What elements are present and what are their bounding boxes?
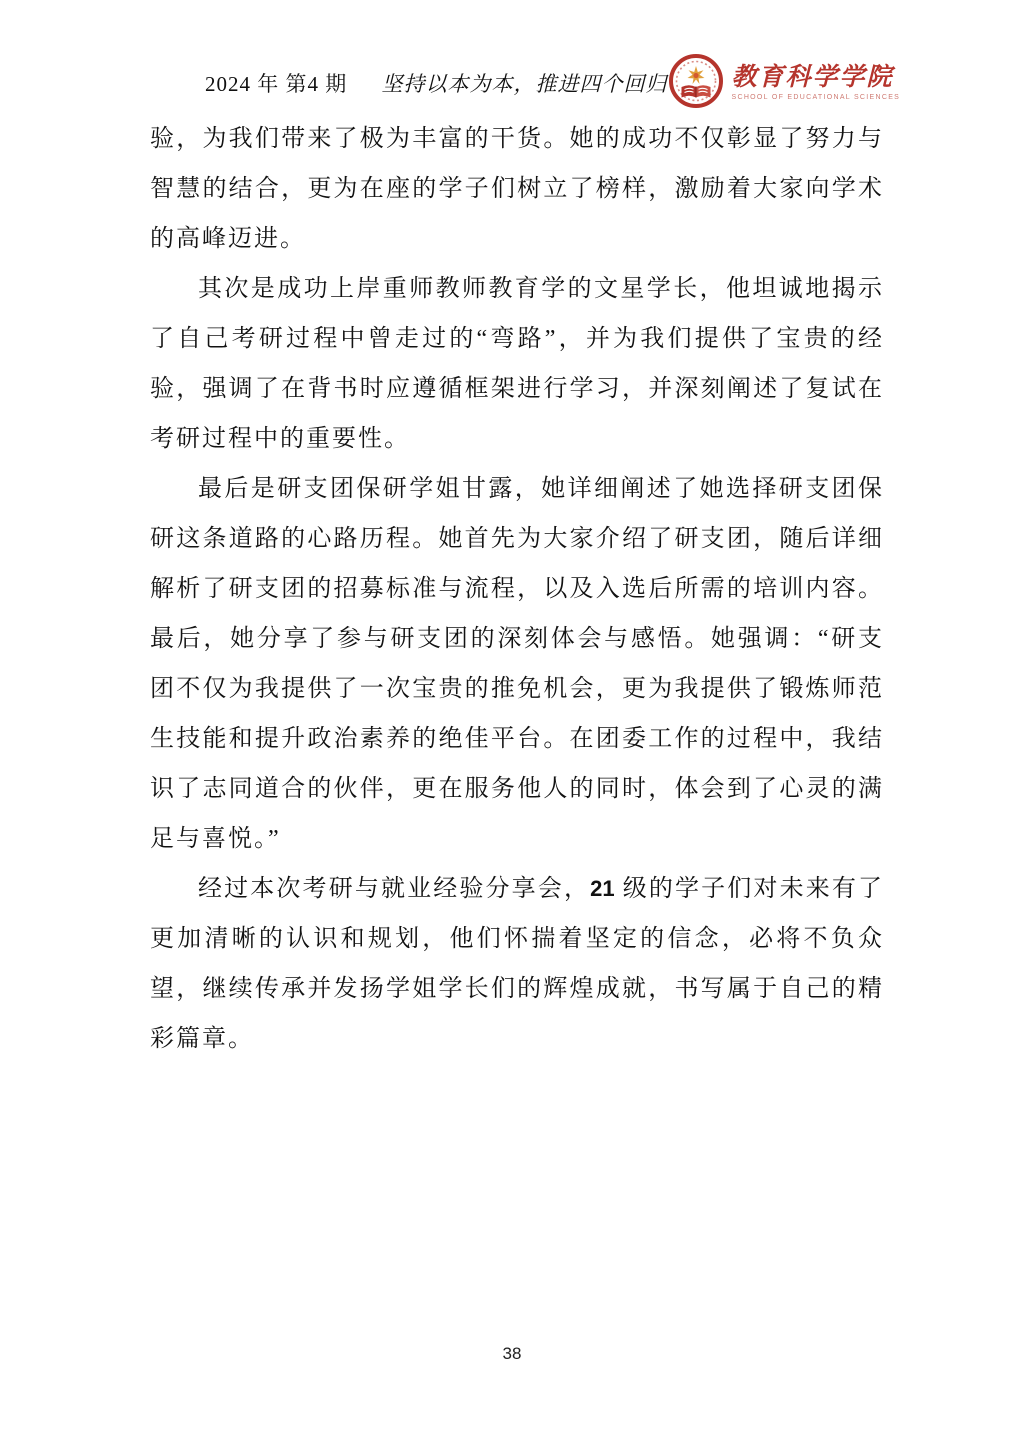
school-name-en: SCHOOL OF EDUCATIONAL SCIENCES xyxy=(732,94,901,101)
text-run: 级的学子们对未来有了更加清晰的认识和规划，他们怀揣着坚定的信念，必将不负众望，继… xyxy=(150,876,884,1052)
paragraph-list: 验，为我们带来了极为丰富的干货。她的成功不仅彰显了努力与智慧的结合，更为在座的学… xyxy=(150,114,884,1064)
header-motto: 坚持以本为本，推进四个回归 xyxy=(382,72,668,96)
issue-info: 2024 年 第4 期 xyxy=(205,72,347,96)
text-run: 验，为我们带来了极为丰富的干货。她的成功不仅彰显了努力与智慧的结合，更为在座的学… xyxy=(150,126,884,252)
text-run: 经过本次考研与就业经验分享会， xyxy=(198,876,590,902)
document-page: 2024 年 第4 期 坚持以本为本，推进四个回归 xyxy=(0,0,1024,1448)
school-name-block: 教育科学学院 SCHOOL OF EDUCATIONAL SCIENCES xyxy=(732,65,901,101)
page-header: 2024 年 第4 期 坚持以本为本，推进四个回归 xyxy=(150,52,884,114)
text-run: 其次是成功上岸重师教师教育学的文星学长，他坦诚地揭示了自己考研过程中曾走过的“弯… xyxy=(150,276,884,452)
paragraph: 验，为我们带来了极为丰富的干货。她的成功不仅彰显了努力与智慧的结合，更为在座的学… xyxy=(150,114,884,264)
paragraph: 最后是研支团保研学姐甘露，她详细阐述了她选择研支团保研这条道路的心路历程。她首先… xyxy=(150,464,884,864)
school-logo: 教育科学学院 SCHOOL OF EDUCATIONAL SCIENCES xyxy=(668,53,901,114)
paragraph: 经过本次考研与就业经验分享会，21 级的学子们对未来有了更加清晰的认识和规划，他… xyxy=(150,864,884,1064)
paragraph: 其次是成功上岸重师教师教育学的文星学长，他坦诚地揭示了自己考研过程中曾走过的“弯… xyxy=(150,264,884,464)
school-name-cn: 教育科学学院 xyxy=(732,65,901,90)
text-run: 最后是研支团保研学姐甘露，她详细阐述了她选择研支团保研这条道路的心路历程。她首先… xyxy=(150,476,884,852)
document-body: 验，为我们带来了极为丰富的干货。她的成功不仅彰显了努力与智慧的结合，更为在座的学… xyxy=(150,114,884,1064)
text-run-bold: 21 xyxy=(590,876,614,901)
school-seal-icon xyxy=(668,53,724,114)
page-number: 38 xyxy=(503,1344,522,1363)
page-footer: 38 xyxy=(0,1344,1024,1364)
header-title-line: 2024 年 第4 期 坚持以本为本，推进四个回归 xyxy=(150,68,668,98)
